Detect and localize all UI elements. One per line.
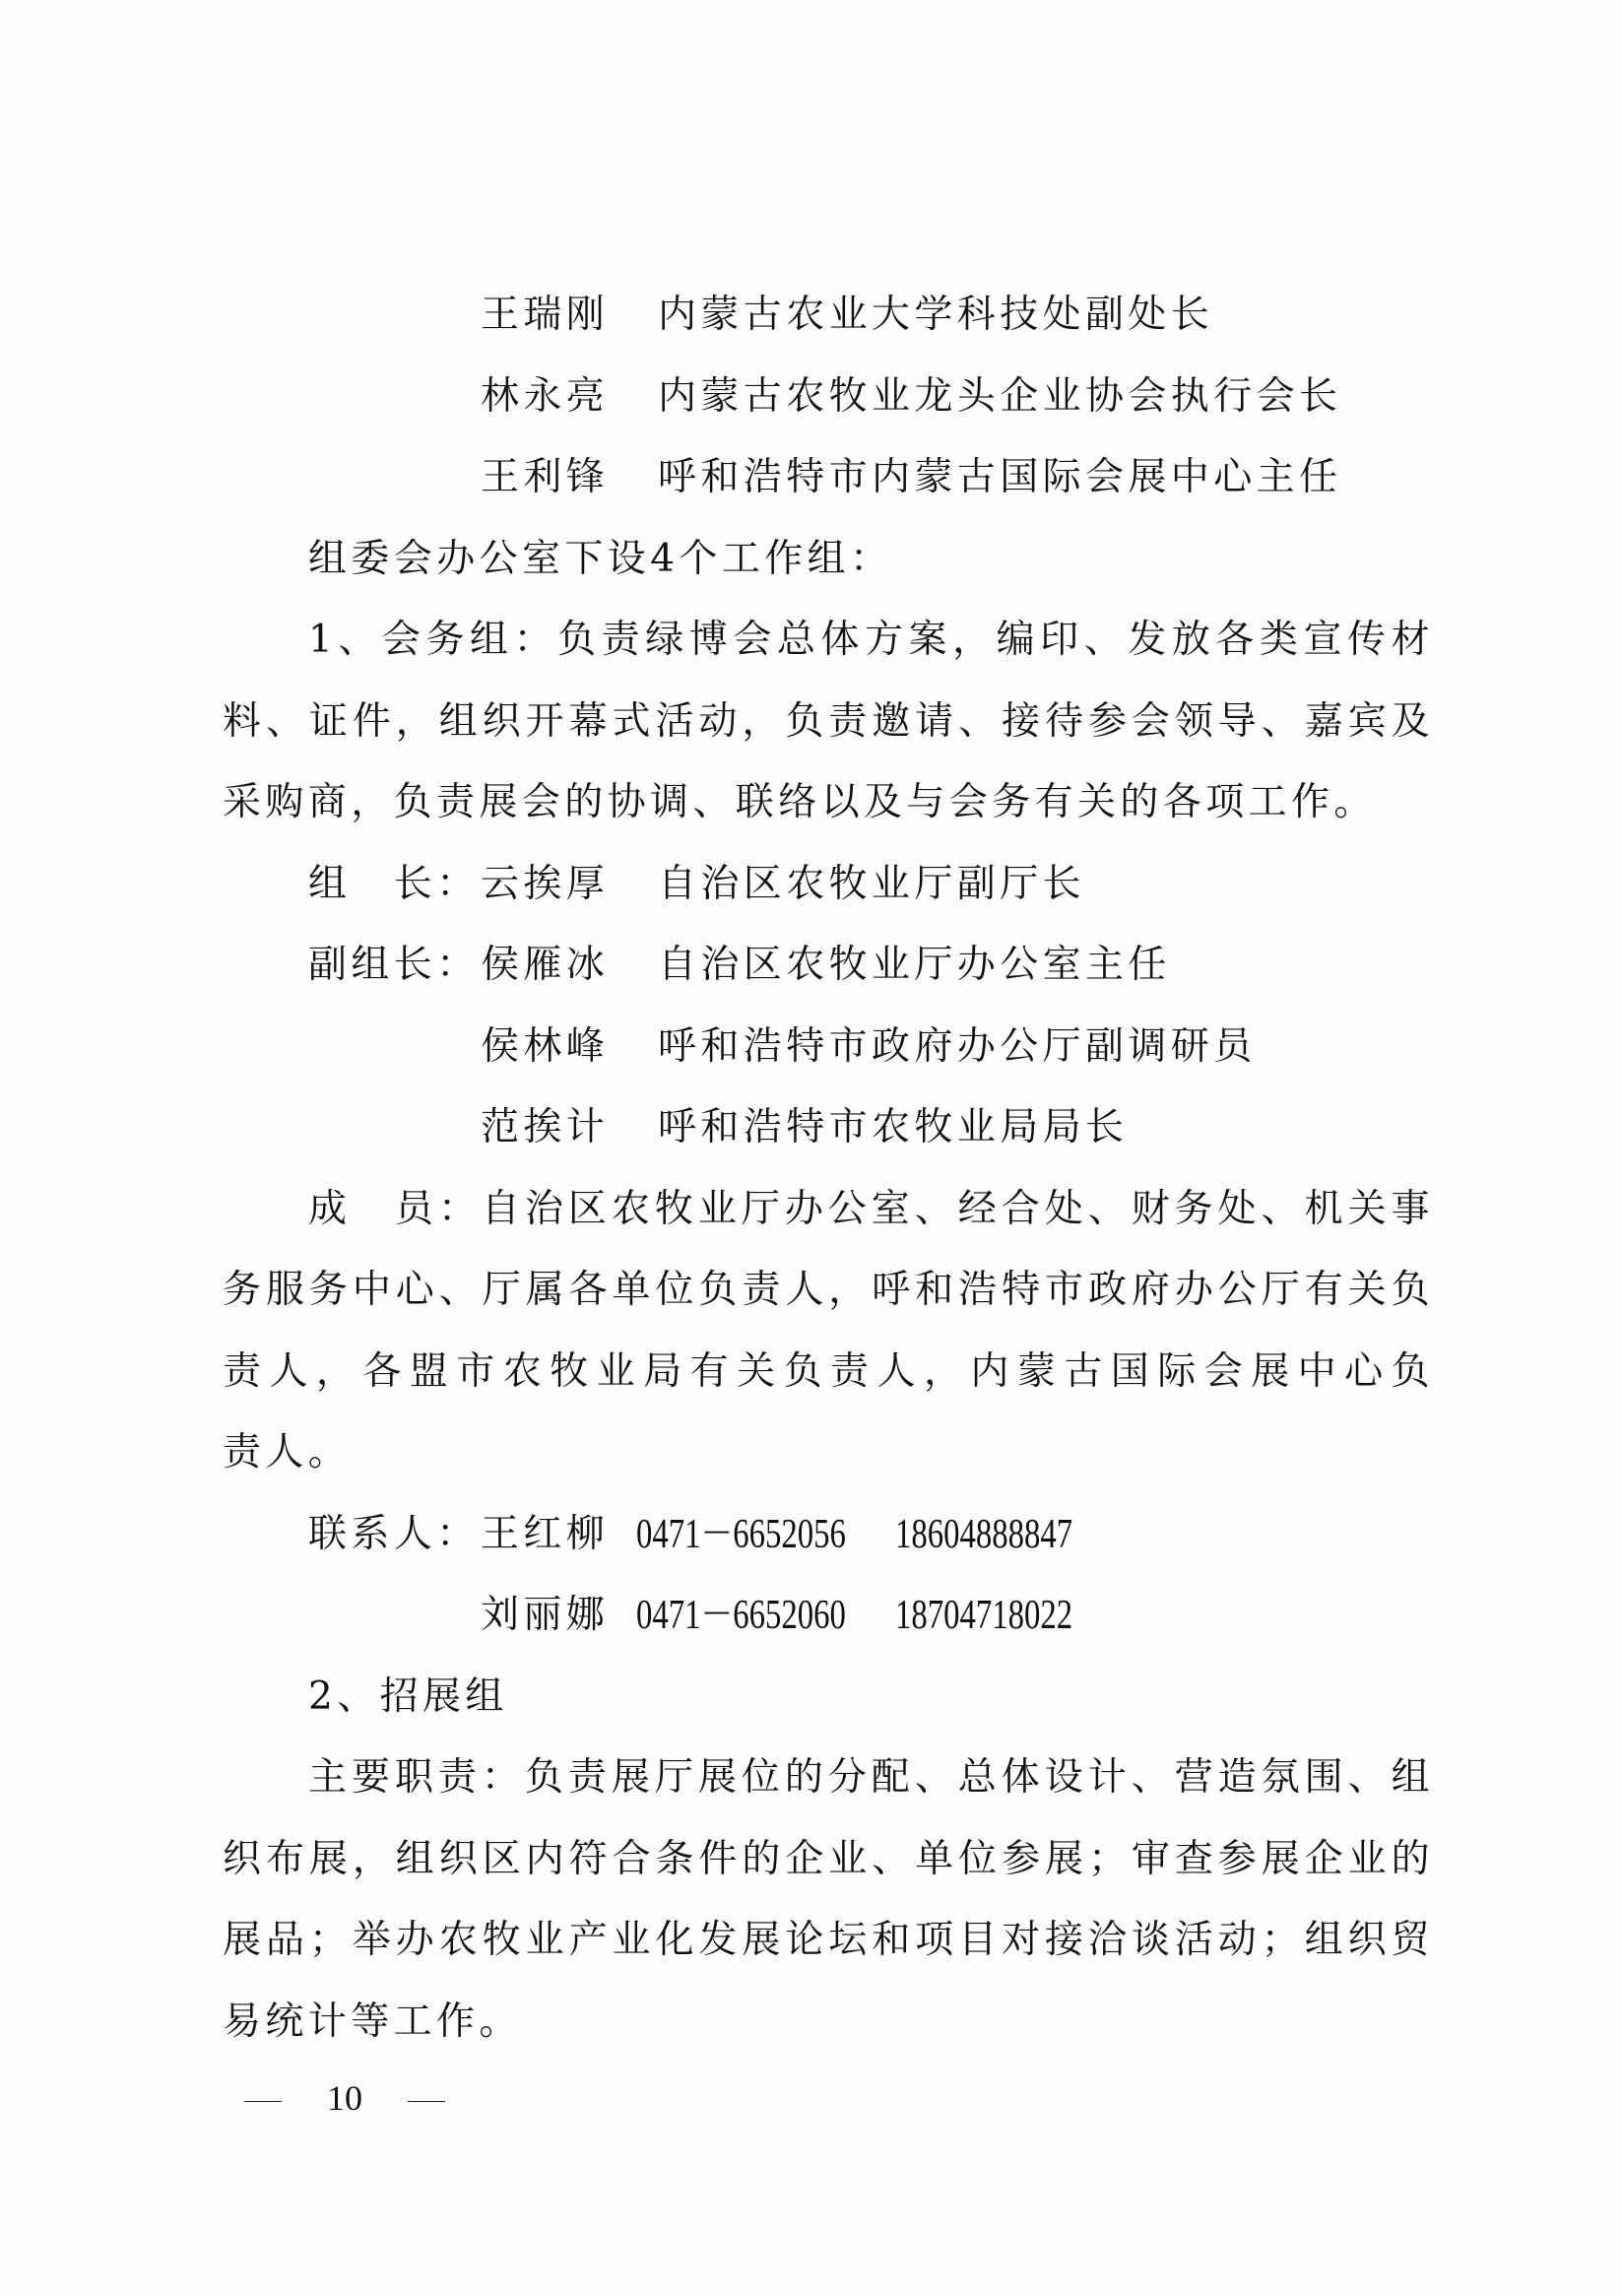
deputy-label: 副组长： <box>308 944 480 987</box>
deputy-title: 呼和浩特市农牧业局局长 <box>658 1106 1128 1149</box>
group2-duty-line: 织布展，组织区内符合条件的企业、单位参展；审查参展企业的 <box>223 1838 1434 1881</box>
contact-label: 联系人： <box>308 1513 480 1556</box>
dash-right <box>408 2101 445 2103</box>
leader-title: 自治区农牧业厅副厅长 <box>658 863 1085 906</box>
members-line: 务服务中心、厅属各单位负责人，呼和浩特市政府办公厅有关负 <box>223 1269 1434 1312</box>
contact-mobile-number: 18704718022 <box>895 1594 1072 1637</box>
deputy-name: 侯雁冰 <box>481 944 609 987</box>
page-number-text: 10 <box>327 2078 362 2118</box>
deputy-title: 自治区农牧业厅办公室主任 <box>658 944 1171 987</box>
deputy-name: 侯林峰 <box>481 1025 609 1069</box>
group2-heading: 2、招展组 <box>308 1675 508 1719</box>
dash-left <box>244 2101 282 2103</box>
member-title: 内蒙古农业大学科技处副处长 <box>658 294 1213 337</box>
contact-name: 刘丽娜 <box>481 1594 609 1637</box>
contact-phone-number: 0471－6652060 <box>636 1594 846 1637</box>
contact-mobile: 18604888847 <box>895 1513 1123 1556</box>
contact-name: 王红柳 <box>481 1513 609 1556</box>
intro-text: 组委会办公室下设4个工作组： <box>308 538 892 581</box>
deputy-title: 呼和浩特市政府办公厅副调研员 <box>658 1025 1257 1069</box>
group1-description-line: 1、会务组：负责绿博会总体方案，编印、发放各类宣传材 <box>308 619 1434 662</box>
members-line: 成 员：自治区农牧业厅办公室、经合处、财务处、机关事 <box>308 1188 1434 1231</box>
member-name: 王利锋 <box>481 456 609 499</box>
leader-label: 组 长： <box>308 863 480 906</box>
group2-duty-line: 主要职责：负责展厅展位的分配、总体设计、营造氛围、组 <box>308 1756 1434 1800</box>
group1-description-line: 采购商，负责展会的协调、联络以及与会务有关的各项工作。 <box>223 781 1377 824</box>
contact-phone: 0471－6652056 <box>636 1513 905 1556</box>
document-page: 王瑞刚 内蒙古农业大学科技处副处长 林永亮 内蒙古农牧业龙头企业协会执行会长 王… <box>0 0 1621 2296</box>
member-title: 呼和浩特市内蒙古国际会展中心主任 <box>658 456 1341 499</box>
contact-mobile: 18704718022 <box>895 1594 1123 1637</box>
member-name: 林永亮 <box>481 375 609 419</box>
contact-phone: 0471－6652060 <box>636 1594 905 1637</box>
page-number: 10 <box>244 2080 445 2116</box>
group2-duty-line: 易统计等工作。 <box>223 2001 522 2044</box>
contact-phone-number: 0471－6652056 <box>636 1513 846 1556</box>
leader-name: 云挨厚 <box>481 863 609 906</box>
members-line: 责人，各盟市农牧业局有关负责人，内蒙古国际会展中心负 <box>223 1350 1434 1394</box>
contact-mobile-number: 18604888847 <box>895 1513 1072 1556</box>
member-name: 王瑞刚 <box>481 294 609 337</box>
group1-description-line: 料、证件，组织开幕式活动，负责邀请、接待参会领导、嘉宾及 <box>223 700 1434 744</box>
group2-duty-line: 展品；举办农牧业产业化发展论坛和项目对接洽谈活动；组织贸 <box>223 1919 1434 1962</box>
member-title: 内蒙古农牧业龙头企业协会执行会长 <box>658 375 1341 419</box>
members-line: 责人。 <box>223 1431 351 1475</box>
deputy-name: 范挨计 <box>481 1106 609 1149</box>
